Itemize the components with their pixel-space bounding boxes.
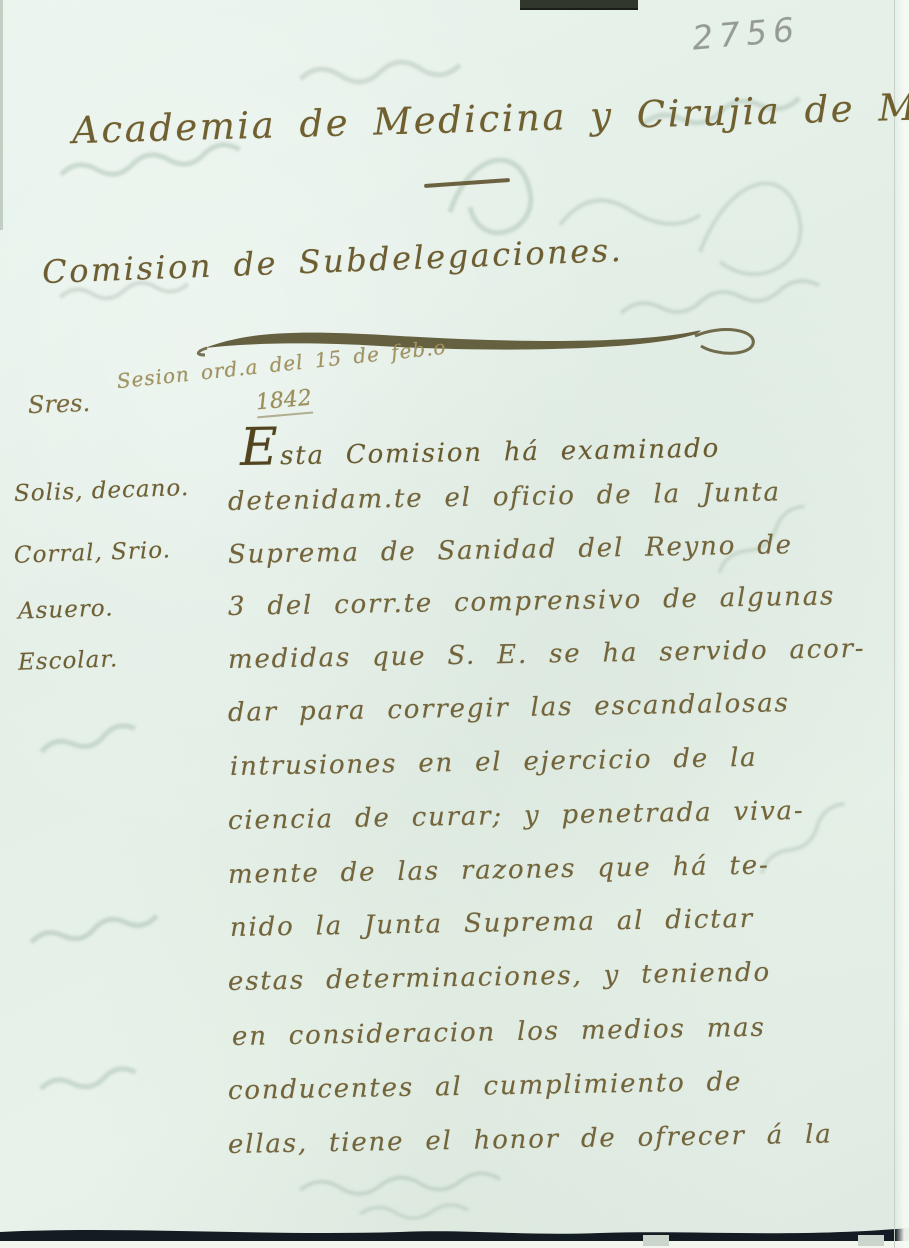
scan-edge-top: [520, 0, 638, 10]
scan-edge-left: [0, 0, 3, 230]
manuscript-page: 2756 Academia de Medicina y Cirujia de M…: [0, 0, 909, 1248]
scan-edge-right: [894, 0, 909, 1248]
bleedthrough-layer: [0, 0, 909, 1248]
margin-name-asuero: Asuero.: [18, 595, 114, 624]
margin-name-escolar: Escolar.: [18, 646, 119, 675]
margin-name-corral: Corral, Srio.: [14, 537, 172, 568]
margin-salutation: Sres.: [28, 389, 91, 419]
body-line: Esta Comision há examinado: [239, 410, 720, 478]
session-year: 1842: [255, 386, 313, 419]
